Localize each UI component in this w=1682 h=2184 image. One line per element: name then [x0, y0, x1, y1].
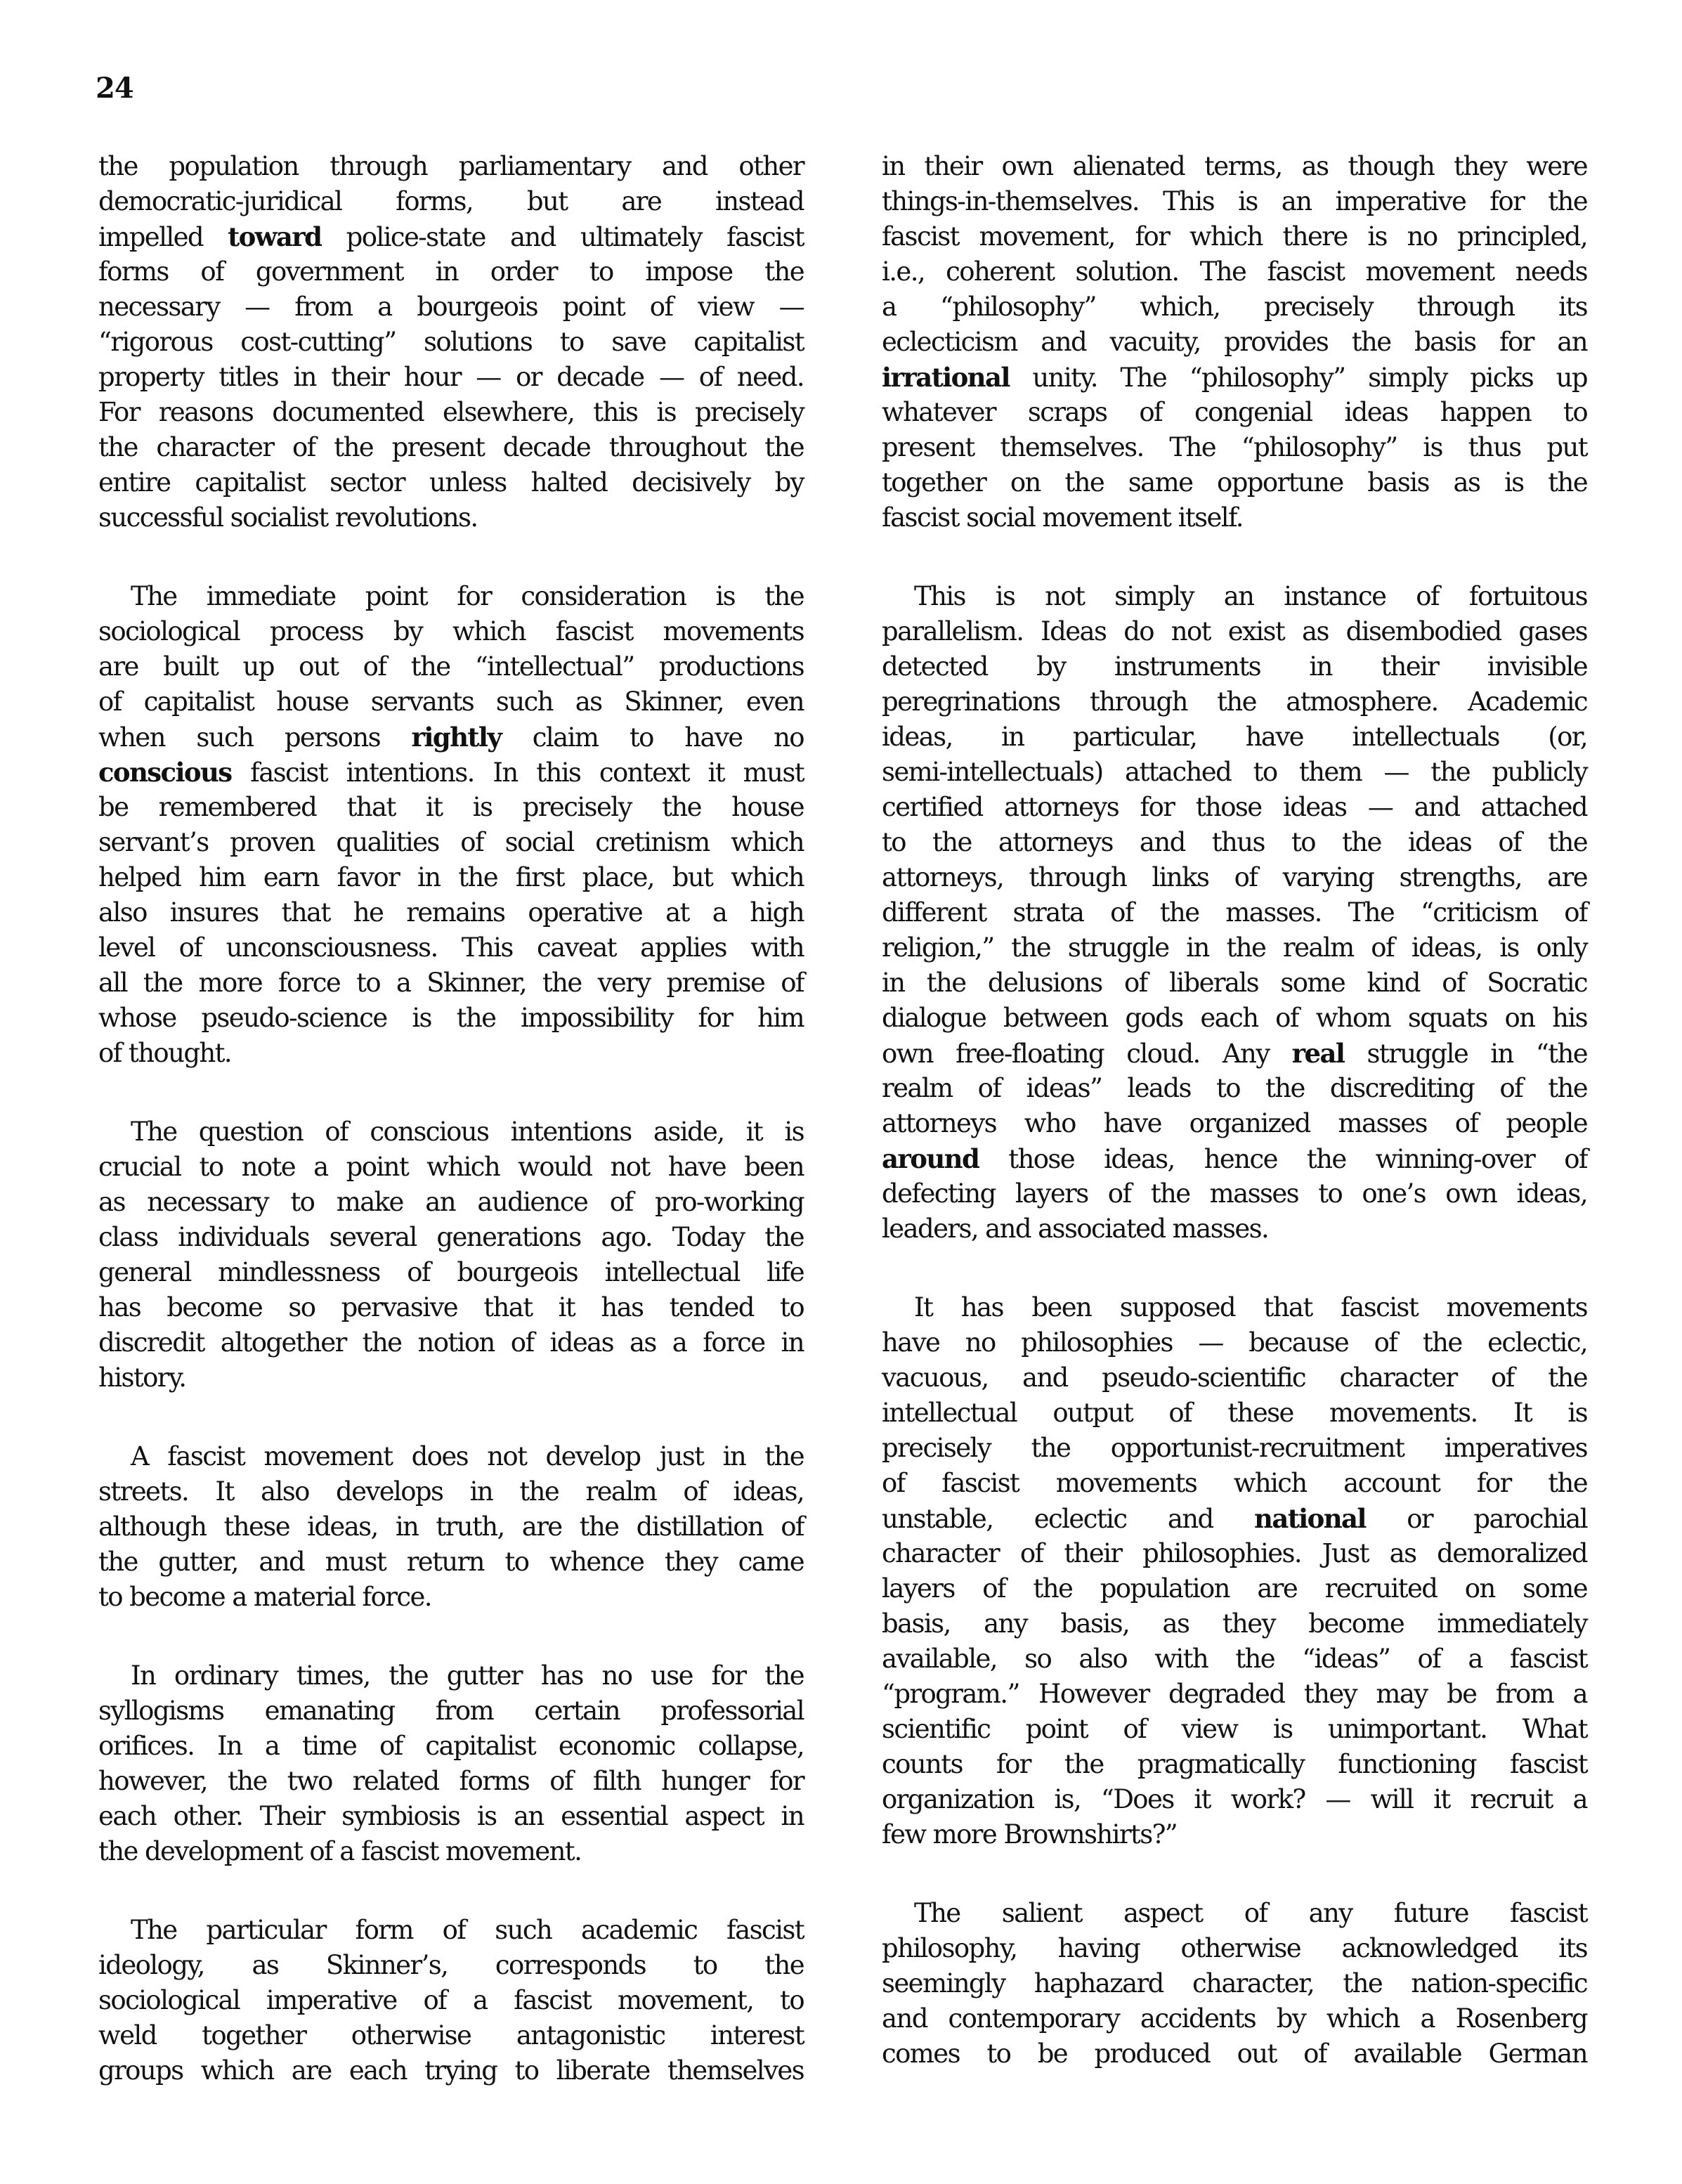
text-run: the character of the present decade thro… [98, 432, 804, 462]
text-line: This is not simply an instance of fortui… [882, 579, 1587, 614]
text-line: have no philosophies — because of the ec… [882, 1325, 1587, 1360]
text-line: detected by instruments in their invisib… [882, 649, 1587, 684]
text-line: ideas, in particular, have intellectuals… [882, 720, 1587, 755]
text-line: of thought. [98, 1036, 804, 1071]
text-line: ideology, as Skinner’s, corresponds to t… [98, 1948, 804, 1983]
text-line: necessary — from a bourgeois point of vi… [98, 290, 804, 325]
text-line: counts for the pragmatically functioning… [882, 1747, 1587, 1782]
text-line: are built up out of the “intellectual” p… [98, 649, 804, 684]
text-run: all the more force to a Skinner, the ver… [98, 968, 804, 998]
document-page: 24 the population through parliamentary … [0, 0, 1682, 2184]
text-line: defecting layers of the masses to one’s … [882, 1176, 1587, 1211]
text-line: has become so pervasive that it has tend… [98, 1290, 804, 1325]
text-run: helped him earn favor in the first place… [98, 862, 804, 892]
text-run: whatever scraps of congenial ideas happe… [882, 397, 1587, 427]
text-run: different strata of the masses. The “cri… [882, 897, 1587, 928]
text-line: class individuals several generations ag… [98, 1220, 804, 1255]
text-run: together on the same opportune basis as … [882, 467, 1587, 498]
bold-emphasis: conscious [98, 757, 232, 788]
text-run: This is not simply an instance of fortui… [914, 581, 1587, 611]
text-run: as necessary to make an audience of pro-… [98, 1187, 804, 1217]
text-line: around those ideas, hence the winning-ov… [882, 1141, 1587, 1176]
text-run: necessary — from a bourgeois point of vi… [98, 292, 804, 322]
text-line: attorneys who have organized masses of p… [882, 1106, 1587, 1141]
text-run: leaders, and associated masses. [882, 1214, 1268, 1244]
text-line: in the delusions of liberals some kind o… [882, 966, 1587, 1001]
text-run: A fascist movement does not develop just… [131, 1441, 804, 1471]
text-run: property titles in their hour — or decad… [98, 362, 804, 392]
text-run: fascist social movement itself. [882, 502, 1243, 533]
text-line: For reasons documented elsewhere, this i… [98, 395, 804, 430]
text-run: certified attorneys for those ideas — an… [882, 792, 1587, 822]
text-line: organization is, “Does it work? — will i… [882, 1782, 1587, 1817]
text-line: available, so also with the “ideas” of a… [882, 1642, 1587, 1677]
text-run: the development of a fascist movement. [98, 1836, 581, 1866]
text-run: general mindlessness of bourgeois intell… [98, 1257, 804, 1287]
text-run: sociological process by which fascist mo… [98, 616, 804, 646]
text-run: “rigorous cost-cutting” solutions to sav… [98, 327, 804, 357]
text-line: history. [98, 1360, 804, 1396]
text-line: crucial to note a point which would not … [98, 1150, 804, 1185]
text-line: i.e., coherent solution. The fascist mov… [882, 254, 1587, 290]
text-run: whose pseudo-science is the impossibilit… [98, 1003, 804, 1033]
text-line: also insures that he remains operative a… [98, 895, 804, 930]
text-run: orifices. In a time of capitalist econom… [98, 1731, 804, 1761]
text-line: and contemporary accidents by which a Ro… [882, 2001, 1587, 2036]
text-line: The question of conscious intentions asi… [98, 1114, 804, 1150]
text-run: in their own alienated terms, as though … [882, 151, 1587, 181]
text-line: however, the two related forms of filth … [98, 1764, 804, 1799]
text-run: democratic-juridical forms, but are inst… [98, 186, 804, 216]
paragraph: It has been supposed that fascist moveme… [882, 1290, 1587, 1852]
bold-emphasis: real [1292, 1038, 1345, 1069]
text-run: things-in-themselves. This is an imperat… [882, 186, 1587, 216]
text-line: entire capitalist sector unless halted d… [98, 465, 804, 500]
text-run: attorneys, through links of varying stre… [882, 862, 1587, 892]
text-line: different strata of the masses. The “cri… [882, 895, 1587, 930]
page-number: 24 [96, 73, 133, 104]
text-run: basis, any basis, as they become immedia… [882, 1608, 1587, 1639]
text-run: ideas, in particular, have intellectuals… [882, 722, 1587, 752]
text-line: the population through parliamentary and… [98, 149, 804, 184]
text-run: It has been supposed that fascist moveme… [914, 1292, 1587, 1322]
text-line: unstable, eclectic and national or paroc… [882, 1501, 1587, 1536]
text-line: The immediate point for consideration is… [98, 579, 804, 614]
text-run: those ideas, hence the winning-over of [979, 1144, 1587, 1174]
text-run: organization is, “Does it work? — will i… [882, 1784, 1587, 1814]
text-line: vacuous, and pseudo-scientific character… [882, 1360, 1587, 1396]
text-line: property titles in their hour — or decad… [98, 360, 804, 395]
text-run: groups which are each trying to liberate… [98, 2055, 804, 2086]
text-line: a “philosophy” which, precisely through … [882, 290, 1587, 325]
text-line: whose pseudo-science is the impossibilit… [98, 1001, 804, 1036]
text-line: fascist movement, for which there is no … [882, 219, 1587, 254]
text-line: although these ideas, in truth, are the … [98, 1509, 804, 1545]
text-line: The particular form of such academic fas… [98, 1913, 804, 1948]
text-run: of thought. [98, 1038, 231, 1068]
text-line: when such persons rightly claim to have … [98, 720, 804, 755]
text-line: streets. It also develops in the realm o… [98, 1474, 804, 1509]
text-line: A fascist movement does not develop just… [98, 1439, 804, 1474]
text-run: intellectual output of these movements. … [882, 1398, 1587, 1428]
paragraph: the population through parliamentary and… [98, 149, 804, 535]
text-run: struggle in “the [1344, 1039, 1587, 1069]
text-run: class individuals several generations ag… [98, 1222, 804, 1252]
text-line: of fascist movements which account for t… [882, 1466, 1587, 1501]
text-line: together on the same opportune basis as … [882, 465, 1587, 500]
bold-emphasis: toward [228, 221, 321, 252]
text-line: successful socialist revolutions. [98, 500, 804, 535]
text-run: when such persons [98, 722, 411, 753]
text-run: attorneys who have organized masses of p… [882, 1108, 1587, 1138]
text-run: eclecticism and vacuity, provides the ba… [882, 327, 1587, 357]
bold-emphasis: rightly [411, 722, 501, 753]
text-run: discredit altogether the notion of ideas… [98, 1327, 804, 1358]
text-run: unstable, eclectic and [882, 1504, 1254, 1534]
text-run: The immediate point for consideration is… [131, 581, 804, 611]
text-run: vacuous, and pseudo-scientific character… [882, 1363, 1587, 1393]
paragraph: A fascist movement does not develop just… [98, 1439, 804, 1615]
text-run: parallelism. Ideas do not exist as disem… [882, 616, 1587, 646]
bold-emphasis: irrational [882, 362, 1010, 393]
text-line: “program.” However degraded they may be … [882, 1677, 1587, 1712]
text-line: The salient aspect of any future fascist [882, 1896, 1587, 1931]
text-run: the population through parliamentary and… [98, 151, 804, 181]
paragraph: in their own alienated terms, as though … [882, 149, 1587, 535]
text-run: dialogue between gods each of whom squat… [882, 1003, 1587, 1033]
text-run: of capitalist house servants such as Ski… [98, 687, 804, 717]
text-run: level of unconsciousness. This caveat ap… [98, 932, 804, 963]
text-run: syllogisms emanating from certain profes… [98, 1696, 804, 1726]
text-run: The question of conscious intentions asi… [131, 1117, 804, 1147]
text-run: of fascist movements which account for t… [882, 1468, 1587, 1498]
text-run: philosophy, having otherwise acknowledge… [882, 1933, 1587, 1963]
text-run: and contemporary accidents by which a Ro… [882, 2003, 1587, 2034]
text-run: counts for the pragmatically functioning… [882, 1749, 1587, 1779]
text-line: leaders, and associated masses. [882, 1211, 1587, 1247]
text-line: scientific point of view is unimportant.… [882, 1712, 1587, 1747]
text-run: realm of ideas” leads to the discreditin… [882, 1073, 1587, 1103]
text-run: unity. The “philosophy” simply picks up [1010, 363, 1587, 393]
text-line: philosophy, having otherwise acknowledge… [882, 1931, 1587, 1966]
text-line: eclecticism and vacuity, provides the ba… [882, 325, 1587, 360]
text-run: i.e., coherent solution. The fascist mov… [882, 256, 1587, 287]
text-run: weld together otherwise antagonistic int… [98, 2020, 804, 2050]
text-run: precisely the opportunist-recruitment im… [882, 1433, 1587, 1463]
text-run: forms of government in order to impose t… [98, 256, 804, 287]
text-line: realm of ideas” leads to the discreditin… [882, 1071, 1587, 1106]
text-run: police-state and ultimately fascist [321, 222, 804, 252]
text-run: however, the two related forms of filth … [98, 1766, 804, 1796]
text-line: certified attorneys for those ideas — an… [882, 790, 1587, 825]
text-line: helped him earn favor in the first place… [98, 860, 804, 895]
text-line: conscious fascist intentions. In this co… [98, 755, 804, 790]
text-run: sociological imperative of a fascist mov… [98, 1985, 804, 2015]
text-line: layers of the population are recruited o… [882, 1571, 1587, 1606]
paragraph: The salient aspect of any future fascist… [882, 1896, 1587, 2072]
text-line: all the more force to a Skinner, the ver… [98, 966, 804, 1001]
text-run: streets. It also develops in the realm o… [98, 1476, 804, 1507]
text-line: weld together otherwise antagonistic int… [98, 2018, 804, 2053]
paragraph: The particular form of such academic fas… [98, 1913, 804, 2088]
text-run: claim to have no [501, 722, 804, 753]
text-run: impelled [98, 222, 228, 252]
text-line: the character of the present decade thro… [98, 430, 804, 465]
text-line: present themselves. The “philosophy” is … [882, 430, 1587, 465]
text-line: of capitalist house servants such as Ski… [98, 684, 804, 720]
text-run: successful socialist revolutions. [98, 502, 478, 533]
bold-emphasis: national [1254, 1503, 1366, 1534]
text-run: religion,” the struggle in the realm of … [882, 932, 1587, 963]
text-line: sociological process by which fascist mo… [98, 614, 804, 649]
text-line: basis, any basis, as they become immedia… [882, 1606, 1587, 1642]
text-line: syllogisms emanating from certain profes… [98, 1694, 804, 1729]
text-run: scientific point of view is unimportant.… [882, 1714, 1587, 1744]
text-line: It has been supposed that fascist moveme… [882, 1290, 1587, 1325]
text-line: dialogue between gods each of whom squat… [882, 1001, 1587, 1036]
text-run: peregrinations through the atmosphere. A… [882, 687, 1587, 717]
text-run: are built up out of the “intellectual” p… [98, 651, 804, 682]
text-run: fascist intentions. In this context it m… [232, 758, 804, 788]
text-line: religion,” the struggle in the realm of … [882, 930, 1587, 966]
text-run: own free-floating cloud. Any [882, 1039, 1292, 1069]
text-line: the gutter, and must return to whence th… [98, 1545, 804, 1580]
text-line: level of unconsciousness. This caveat ap… [98, 930, 804, 966]
text-line: own free-floating cloud. Any real strugg… [882, 1036, 1587, 1071]
text-run: present themselves. The “philosophy” is … [882, 432, 1587, 462]
text-line: orifices. In a time of capitalist econom… [98, 1729, 804, 1764]
text-line: to the attorneys and thus to the ideas o… [882, 825, 1587, 860]
paragraph: The question of conscious intentions asi… [98, 1114, 804, 1396]
text-line: fascist social movement itself. [882, 500, 1587, 535]
text-run: crucial to note a point which would not … [98, 1152, 804, 1182]
text-line: semi-intellectuals) attached to them — t… [882, 755, 1587, 790]
text-line: impelled toward police-state and ultimat… [98, 219, 804, 254]
text-run: available, so also with the “ideas” of a… [882, 1644, 1587, 1674]
text-line: comes to be produced out of available Ge… [882, 2036, 1587, 2072]
text-run: each other. Their symbiosis is an essent… [98, 1801, 804, 1831]
text-line: precisely the opportunist-recruitment im… [882, 1431, 1587, 1466]
text-run: has become so pervasive that it has tend… [98, 1292, 804, 1322]
text-line: discredit altogether the notion of ideas… [98, 1325, 804, 1360]
text-line: irrational unity. The “philosophy” simpl… [882, 360, 1587, 395]
text-run: a “philosophy” which, precisely through … [882, 292, 1587, 322]
right-column: in their own alienated terms, as though … [882, 149, 1587, 2115]
text-line: parallelism. Ideas do not exist as disem… [882, 614, 1587, 649]
text-line: groups which are each trying to liberate… [98, 2053, 804, 2088]
text-line: each other. Their symbiosis is an essent… [98, 1799, 804, 1834]
text-line: servant’s proven qualities of social cre… [98, 825, 804, 860]
text-run: or parochial [1366, 1504, 1587, 1534]
bold-emphasis: around [882, 1143, 979, 1174]
text-line: sociological imperative of a fascist mov… [98, 1983, 804, 2018]
text-run: defecting layers of the masses to one’s … [882, 1178, 1587, 1209]
text-line: attorneys, through links of varying stre… [882, 860, 1587, 895]
text-run: comes to be produced out of available Ge… [882, 2039, 1587, 2069]
text-line: “rigorous cost-cutting” solutions to sav… [98, 325, 804, 360]
text-run: to the attorneys and thus to the ideas o… [882, 827, 1587, 857]
text-run: the gutter, and must return to whence th… [98, 1547, 804, 1577]
text-line: as necessary to make an audience of pro-… [98, 1185, 804, 1220]
paragraph: This is not simply an instance of fortui… [882, 579, 1587, 1247]
text-line: peregrinations through the atmosphere. A… [882, 684, 1587, 720]
text-run: although these ideas, in truth, are the … [98, 1512, 804, 1542]
text-line: things-in-themselves. This is an imperat… [882, 184, 1587, 219]
text-run: have no philosophies — because of the ec… [882, 1327, 1587, 1358]
text-line: In ordinary times, the gutter has no use… [98, 1658, 804, 1694]
text-run: history. [98, 1363, 185, 1393]
text-line: intellectual output of these movements. … [882, 1396, 1587, 1431]
text-run: For reasons documented elsewhere, this i… [98, 397, 804, 427]
text-line: whatever scraps of congenial ideas happe… [882, 395, 1587, 430]
text-run: servant’s proven qualities of social cre… [98, 827, 804, 857]
text-line: seemingly haphazard character, the natio… [882, 1966, 1587, 2001]
text-line: general mindlessness of bourgeois intell… [98, 1255, 804, 1290]
text-run: seemingly haphazard character, the natio… [882, 1968, 1587, 1998]
text-run: The particular form of such academic fas… [131, 1915, 804, 1945]
text-run: ideology, as Skinner’s, corresponds to t… [98, 1950, 804, 1980]
text-line: democratic-juridical forms, but are inst… [98, 184, 804, 219]
text-run: few more Brownshirts?” [882, 1819, 1177, 1850]
paragraph: The immediate point for consideration is… [98, 579, 804, 1071]
text-run: be remembered that it is precisely the h… [98, 792, 804, 822]
text-run: also insures that he remains operative a… [98, 897, 804, 928]
text-run: in the delusions of liberals some kind o… [882, 968, 1587, 998]
text-line: forms of government in order to impose t… [98, 254, 804, 290]
text-line: be remembered that it is precisely the h… [98, 790, 804, 825]
text-run: fascist movement, for which there is no … [882, 221, 1587, 252]
text-run: detected by instruments in their invisib… [882, 651, 1587, 682]
text-line: in their own alienated terms, as though … [882, 149, 1587, 184]
text-line: the development of a fascist movement. [98, 1834, 804, 1869]
text-run: character of their philosophies. Just as… [882, 1538, 1587, 1568]
text-line: few more Brownshirts?” [882, 1817, 1587, 1852]
text-run: entire capitalist sector unless halted d… [98, 467, 804, 498]
text-line: character of their philosophies. Just as… [882, 1536, 1587, 1571]
text-run: to become a material force. [98, 1582, 431, 1612]
text-run: layers of the population are recruited o… [882, 1573, 1587, 1604]
text-run: In ordinary times, the gutter has no use… [131, 1660, 804, 1691]
text-run: The salient aspect of any future fascist [914, 1898, 1587, 1928]
text-line: to become a material force. [98, 1580, 804, 1615]
left-column: the population through parliamentary and… [98, 149, 804, 2132]
text-run: “program.” However degraded they may be … [882, 1679, 1587, 1709]
text-run: semi-intellectuals) attached to them — t… [882, 757, 1587, 787]
paragraph: In ordinary times, the gutter has no use… [98, 1658, 804, 1869]
